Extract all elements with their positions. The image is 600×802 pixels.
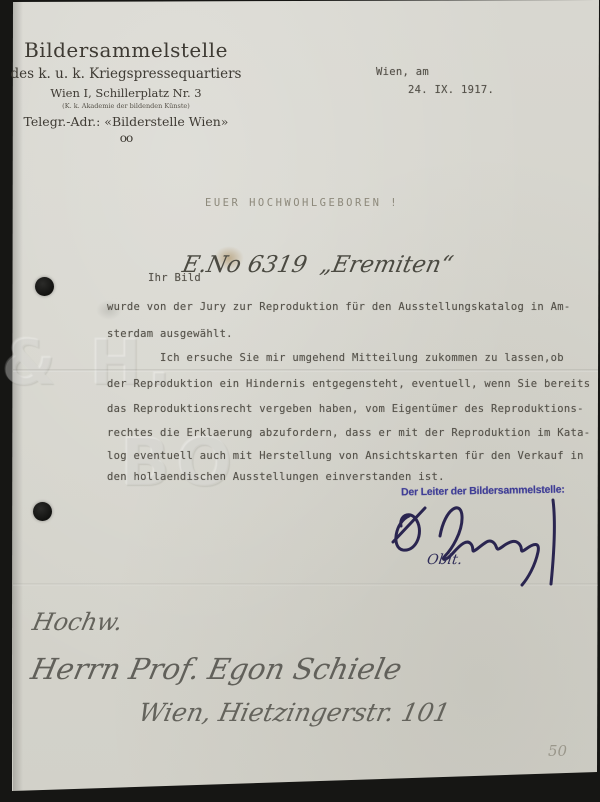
body-line: wurde von der Jury zur Reproduktion für … xyxy=(107,301,571,313)
signature xyxy=(385,492,570,592)
body-line: sterdam ausgewählt. xyxy=(107,328,233,340)
body-line: Ich ersuche Sie mir umgehend Mitteilung … xyxy=(160,352,564,364)
letterhead: Bildersammelstelle des k. u. k. Kriegspr… xyxy=(0,38,252,145)
address-street: Wien, Hietzingerstr. 101 xyxy=(136,698,453,727)
salutation: EUER HOCHWOHLGEBOREN ! xyxy=(205,197,399,209)
address-honorific: Hochw. xyxy=(30,608,126,636)
signature-rank-note: Oblt. xyxy=(426,552,463,568)
body-line: den hollaendischen Ausstellungen einvers… xyxy=(107,471,445,483)
letterhead-telegram-address: Telegr.-Adr.: «Bilderstelle Wien» xyxy=(0,114,252,129)
body-line: log eventuell auch mit Herstellung von A… xyxy=(107,450,584,462)
body-line: rechtes die Erklaerung abzufordern, dass… xyxy=(107,427,590,439)
address-recipient-name: Herrn Prof. Egon Schiele xyxy=(28,652,405,686)
dateline-date: 24. IX. 1917. xyxy=(408,84,494,96)
punch-hole xyxy=(33,502,52,521)
dateline-place: Wien, am xyxy=(376,66,429,78)
letterhead-academy-note: (K. k. Akademie der bildenden Künste) xyxy=(0,102,252,110)
letterhead-address: Wien I, Schillerplatz Nr. 3 xyxy=(0,86,252,100)
letterhead-org-name: Bildersammelstelle xyxy=(0,38,252,62)
letterhead-org-subtitle: des k. u. k. Kriegspressequartiers xyxy=(0,66,252,82)
handwritten-picture-reference: E.No 6319„Eremiten“ xyxy=(180,252,455,278)
body-line: der Reproduktion ein Hindernis entgegens… xyxy=(107,378,590,390)
punch-hole xyxy=(35,277,54,296)
letterhead-ornament: oo xyxy=(0,131,252,145)
handwritten-inventory-number: E.No 6319 xyxy=(180,252,309,278)
body-line: das Reproduktionsrecht vergeben haben, v… xyxy=(107,403,584,415)
handwritten-picture-title: „Eremiten“ xyxy=(318,252,455,278)
page-number-annotation: 50 xyxy=(548,742,567,760)
